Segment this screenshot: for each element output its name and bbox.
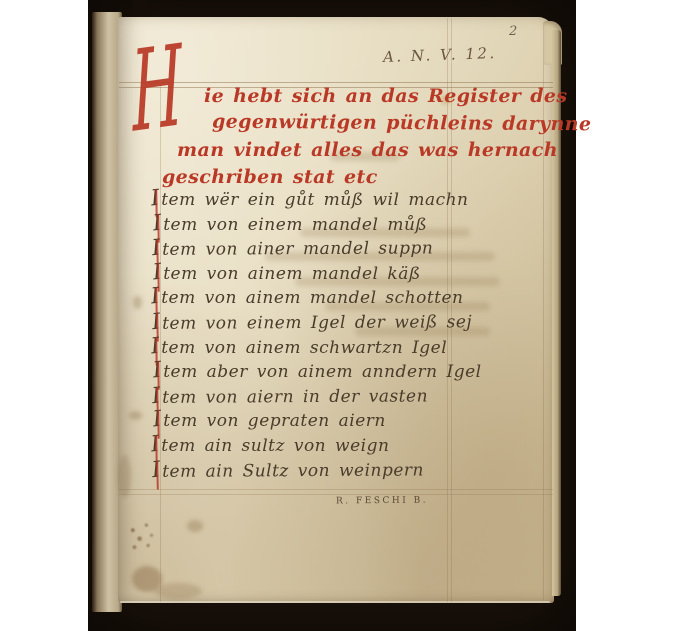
screenshot-canvas: 2 A. N. V. 12. H ie hebt sich an das Reg… bbox=[0, 0, 675, 631]
item-text: tem von ainer mandel suppn bbox=[162, 239, 433, 260]
item-initial: I bbox=[151, 385, 163, 408]
item-initial: I bbox=[152, 261, 163, 284]
index-item: Item von ainer mandel suppn bbox=[152, 236, 481, 262]
stain bbox=[154, 583, 202, 599]
rubric-line: geschriben stat etc bbox=[162, 166, 378, 188]
index-item: Item ain sultz von weign bbox=[151, 434, 480, 459]
folio-number: 2 bbox=[509, 24, 517, 39]
index-item: Item von aiern in der vasten bbox=[152, 384, 481, 410]
item-initial: I bbox=[151, 238, 163, 261]
item-initial: I bbox=[152, 360, 163, 383]
ruling-line-page-edge bbox=[543, 22, 544, 600]
item-initial: I bbox=[151, 311, 163, 334]
index-item: Item wër ein gůt můß wil machn bbox=[151, 188, 480, 213]
rubric-line: ie hebt sich an das Register des bbox=[204, 85, 568, 107]
library-stamp: R. FESCHI B. bbox=[336, 496, 428, 507]
stain bbox=[118, 455, 131, 497]
item-text: tem von einem mandel můß bbox=[163, 215, 427, 235]
ruling-line-bottom-2 bbox=[119, 494, 553, 495]
index-item: Item von einem mandel můß bbox=[153, 213, 482, 238]
item-text: tem von ainem schwartzn Igel bbox=[161, 338, 447, 358]
index-item: Item von gepraten aiern bbox=[153, 409, 482, 434]
rubric-initial: H bbox=[130, 33, 185, 146]
item-text: tem wër ein gůt můß wil machn bbox=[161, 190, 468, 210]
stain bbox=[133, 296, 142, 309]
ruling-line-top-1 bbox=[119, 82, 553, 83]
rubric-line: gegenwürtigen püchleins darynne bbox=[212, 111, 592, 136]
page-bottom-edge bbox=[120, 601, 550, 603]
item-initial: I bbox=[152, 212, 163, 235]
stain bbox=[129, 411, 142, 420]
index-item: Item ain Sultz von weinpern bbox=[152, 458, 481, 484]
item-initial: I bbox=[151, 459, 163, 482]
item-text: tem von ainem mandel käß bbox=[163, 264, 421, 284]
index-item: Item aber von ainem anndern Igel bbox=[153, 360, 482, 385]
index-item: Item von ainem mandel schotten bbox=[151, 286, 480, 311]
item-text: tem von aiern in der vasten bbox=[162, 386, 428, 407]
item-initial: I bbox=[150, 188, 161, 211]
ruling-line-bottom-1 bbox=[119, 489, 553, 490]
item-text: tem ain Sultz von weinpern bbox=[162, 460, 424, 481]
rubric-line: man vindet alles das was hernach bbox=[177, 139, 558, 161]
index-list: Item wër ein gůt můß wil machnItem von e… bbox=[151, 188, 480, 483]
item-initial: I bbox=[150, 335, 161, 358]
stain bbox=[187, 520, 203, 532]
item-text: tem von einem Igel der weiß sej bbox=[162, 312, 472, 334]
index-item: Item von ainem mandel käß bbox=[153, 262, 482, 287]
item-initial: I bbox=[152, 409, 163, 432]
foxing-speckles bbox=[126, 520, 160, 554]
item-text: tem aber von ainem anndern Igel bbox=[163, 362, 481, 382]
index-item: Item von einem Igel der weiß sej bbox=[152, 310, 481, 336]
item-text: tem von gepraten aiern bbox=[163, 411, 386, 431]
item-text: tem ain sultz von weign bbox=[161, 436, 389, 456]
item-text: tem von ainem mandel schotten bbox=[161, 288, 463, 308]
index-item: Item von ainem schwartzn Igel bbox=[151, 336, 480, 361]
